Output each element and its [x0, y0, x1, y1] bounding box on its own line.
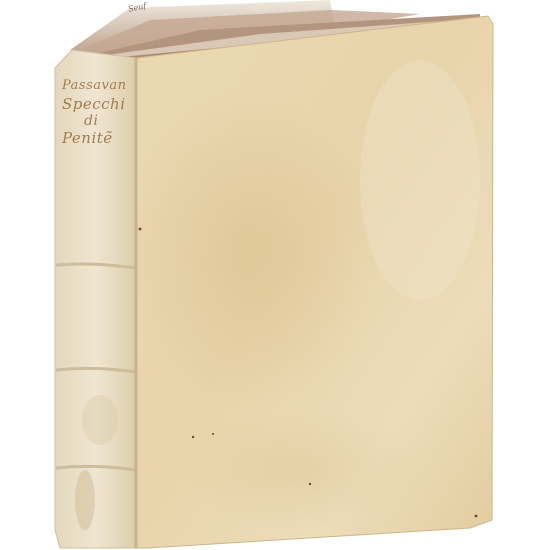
spine-title: Passavan Specchi di Penitẽ	[62, 78, 137, 147]
spine-line-1: Passavan	[62, 78, 137, 93]
book-photo: Passavan Specchi di Penitẽ Seuf	[0, 0, 550, 550]
spine-line-2: Specchi	[62, 95, 137, 113]
spine-line-3: di	[84, 113, 137, 129]
spine-line-4: Penitẽ	[62, 129, 137, 147]
